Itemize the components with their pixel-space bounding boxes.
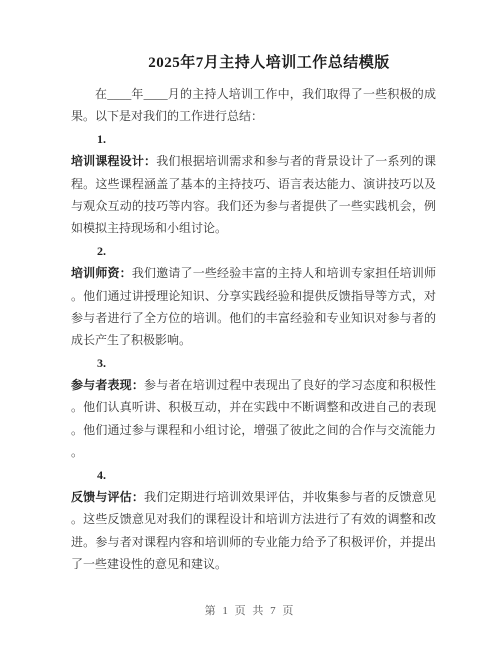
section-text-line: 。他们认真听讲、积极互动，并在实践中不断调整和改进自己的表现 — [71, 396, 436, 418]
section-text-line: 程。这些课程涵盖了基本的主持技巧、语言表达能力、演讲技巧以及 — [71, 173, 436, 195]
section-heading: 培训师资： — [71, 266, 132, 280]
document-page: 2025年7月主持人培训工作总结模版 在____年____月的主持人培训工作中，… — [0, 0, 500, 647]
section-first-line: 培训课程设计：我们根据培训需求和参与者的背景设计了一系列的课 — [71, 150, 436, 172]
section-text-line: 成长产生了积极影响。 — [71, 329, 436, 351]
section-heading: 培训课程设计： — [71, 154, 156, 168]
section-text-line: 与观众互动的技巧等内容。我们还为参与者提供了一些实践机会，例 — [71, 195, 436, 217]
section-number: 3. — [71, 352, 436, 374]
intro-line: 果。以下是对我们的工作进行总结： — [71, 105, 436, 127]
section-text-line: 进。参与者对课程内容和培训师的专业能力给予了积极评价，并提出 — [71, 531, 436, 553]
page-number-footer: 第 1 页 共 7 页 — [0, 602, 500, 618]
section-first-line: 参与者表现：参与者在培训过程中表现出了良好的学习态度和积极性 — [71, 374, 436, 396]
section-first-line: 培训师资：我们邀请了一些经验丰富的主持人和培训专家担任培训师 — [71, 262, 436, 284]
document-title: 2025年7月主持人培训工作总结模版 — [0, 51, 500, 72]
document-body: 在____年____月的主持人培训工作中，我们取得了一些积极的成 果。以下是对我… — [71, 83, 436, 576]
section-text-line: 如模拟主持现场和小组讨论。 — [71, 217, 436, 239]
section-text: 我们邀请了一些经验丰富的主持人和培训专家担任培训师 — [132, 266, 436, 280]
section-heading: 参与者表现： — [71, 378, 144, 392]
section-first-line: 反馈与评估：我们定期进行培训效果评估，并收集参与者的反馈意见 — [71, 486, 436, 508]
section-number: 2. — [71, 240, 436, 262]
section-text-line: 了一些建设性的意见和建议。 — [71, 553, 436, 575]
section-heading: 反馈与评估： — [71, 490, 144, 504]
intro-line: 在____年____月的主持人培训工作中，我们取得了一些积极的成 — [71, 83, 436, 105]
section-text-line: 。他们通过参与课程和小组讨论，增强了彼此之间的合作与交流能力 — [71, 419, 436, 441]
section-text: 参与者在培训过程中表现出了良好的学习态度和积极性 — [144, 378, 436, 392]
section-number: 1. — [71, 128, 436, 150]
section-text-line: 。这些反馈意见对我们的课程设计和培训方法进行了有效的调整和改 — [71, 508, 436, 530]
section-text: 我们根据培训需求和参与者的背景设计了一系列的课 — [156, 154, 436, 168]
section-text: 我们定期进行培训效果评估，并收集参与者的反馈意见 — [144, 490, 436, 504]
section-text-line: 参与者进行了全方位的培训。他们的丰富经验和专业知识对参与者的 — [71, 307, 436, 329]
section-text-line: 。他们通过讲授理论知识、分享实践经验和提供反馈指导等方式，对 — [71, 285, 436, 307]
section-number: 4. — [71, 464, 436, 486]
section-text-line: 。 — [71, 441, 436, 463]
